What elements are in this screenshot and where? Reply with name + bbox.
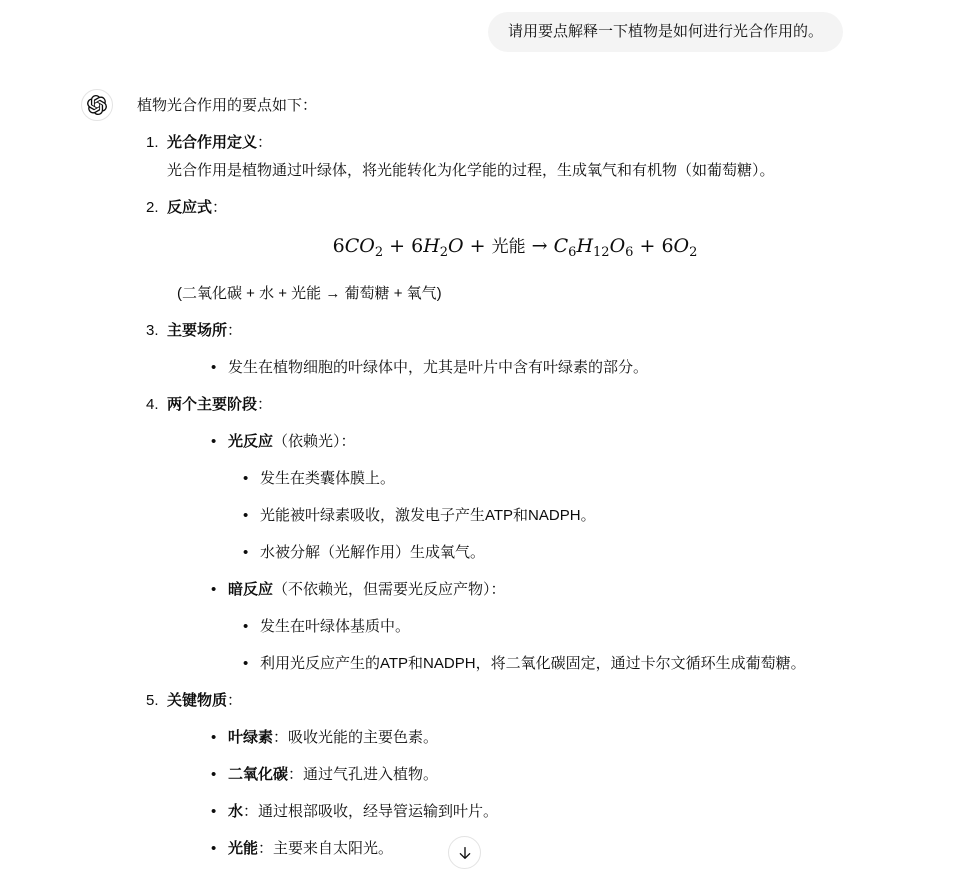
bullet-text: 光能：主要来自太阳光。 xyxy=(228,835,863,863)
list-item-stages: 4. 两个主要阶段： • 光反应（依赖光）： • 发生在类囊体膜上。 xyxy=(137,391,863,687)
bullet-dot: • xyxy=(211,835,228,863)
bullet-dot: • xyxy=(243,502,260,530)
list-item-key-substances: 5. 关键物质： • 叶绿素：吸收光能的主要色素。 • 二氧化碳：通过气孔进入植… xyxy=(137,687,863,872)
bullet-item: • 光反应（依赖光）： xyxy=(167,428,863,456)
list-item-number: 5. xyxy=(146,687,167,872)
heading-colon: ： xyxy=(227,692,242,709)
heading-colon: ： xyxy=(257,396,272,413)
sub-bullet-text: 利用光反应产生的ATP和NADPH，将二氧化碳固定，通过卡尔文循环生成葡萄糖。 xyxy=(260,650,863,678)
bullet-item: • 暗反应（不依赖光，但需要光反应产物）： xyxy=(167,576,863,604)
assistant-avatar xyxy=(81,89,113,121)
bullet-dot: • xyxy=(243,465,260,493)
sub-bullet-text: 发生在叶绿体基质中。 xyxy=(260,613,863,641)
nested-bullet-list: • 发生在类囊体膜上。 • 光能被叶绿素吸收，激发电子产生ATP和NADPH。 … xyxy=(167,465,863,567)
openai-logo-icon xyxy=(87,95,107,115)
bullet-rest: ：通过根部吸收，经导管运输到叶片。 xyxy=(243,803,498,820)
bullet-dot: • xyxy=(211,724,228,752)
bullet-dot: • xyxy=(211,428,228,456)
bullet-dot: • xyxy=(211,354,228,382)
definition-paragraph: 光合作用是植物通过叶绿体，将光能转化为化学能的过程，生成氧气和有机物（如葡萄糖）… xyxy=(167,157,863,185)
bullet-rest: 发生在植物细胞的叶绿体中，尤其是叶片中含有叶绿素的部分。 xyxy=(228,359,648,376)
sub-bullet-item: • 利用光反应产生的ATP和NADPH，将二氧化碳固定，通过卡尔文循环生成葡萄糖… xyxy=(167,650,863,678)
list-item-heading: 两个主要阶段： xyxy=(167,391,863,419)
list-item-heading: 主要场所： xyxy=(167,317,863,345)
list-item-body: 主要场所： • 发生在植物细胞的叶绿体中，尤其是叶片中含有叶绿素的部分。 xyxy=(167,317,863,391)
list-item-location: 3. 主要场所： • 发生在植物细胞的叶绿体中，尤其是叶片中含有叶绿素的部分。 xyxy=(137,317,863,391)
bullet-text: 二氧化碳：通过气孔进入植物。 xyxy=(228,761,863,789)
list-item-heading: 关键物质： xyxy=(167,687,863,715)
bullet-item: • 二氧化碳：通过气孔进入植物。 xyxy=(167,761,863,789)
user-message-text: 请用要点解释一下植物是如何进行光合作用的。 xyxy=(508,23,823,40)
dark-reaction-block: • 暗反应（不依赖光，但需要光反应产物）： • 发生在叶绿体基质中。 • 利用光… xyxy=(167,576,863,678)
heading-term: 反应式 xyxy=(167,199,212,216)
sub-bullet-item: • 发生在叶绿体基质中。 xyxy=(167,613,863,641)
bullet-text: 发生在植物细胞的叶绿体中，尤其是叶片中含有叶绿素的部分。 xyxy=(228,354,863,382)
bullet-item: • 光能：主要来自太阳光。 xyxy=(167,835,863,863)
assistant-message-row: 植物光合作用的要点如下： 1. 光合作用定义： 光合作用是植物通过叶绿体，将光能… xyxy=(81,89,863,872)
user-message-bubble: 请用要点解释一下植物是如何进行光合作用的。 xyxy=(488,12,843,52)
bullet-rest: ：吸收光能的主要色素。 xyxy=(273,729,438,746)
sub-bullet-text: 发生在类囊体膜上。 xyxy=(260,465,863,493)
heading-term: 光合作用定义 xyxy=(167,134,257,151)
list-item-heading: 反应式： xyxy=(167,194,863,222)
sub-bullet-item: • 发生在类囊体膜上。 xyxy=(167,465,863,493)
bullet-item: • 发生在植物细胞的叶绿体中，尤其是叶片中含有叶绿素的部分。 xyxy=(167,354,863,382)
list-item-definition: 1. 光合作用定义： 光合作用是植物通过叶绿体，将光能转化为化学能的过程，生成氧… xyxy=(137,129,863,194)
bullet-rest: ：通过气孔进入植物。 xyxy=(288,766,438,783)
heading-term: 主要场所 xyxy=(167,322,227,339)
bullet-item: • 水：通过根部吸收，经导管运输到叶片。 xyxy=(167,798,863,826)
assistant-message-content: 植物光合作用的要点如下： 1. 光合作用定义： 光合作用是植物通过叶绿体，将光能… xyxy=(137,89,863,872)
list-item-number: 1. xyxy=(146,129,167,194)
list-item-number: 3. xyxy=(146,317,167,391)
bullet-dot: • xyxy=(211,576,228,604)
chat-page: 请用要点解释一下植物是如何进行光合作用的。 植物光合作用的要点如下： 1. 光合… xyxy=(0,0,958,873)
bullet-dot: • xyxy=(243,539,260,567)
scroll-to-bottom-button[interactable] xyxy=(448,836,481,869)
bullet-dot: • xyxy=(243,650,260,678)
list-item-number: 2. xyxy=(146,194,167,317)
bullet-term: 光反应 xyxy=(228,433,273,450)
bullet-term: 暗反应 xyxy=(228,581,273,598)
heading-colon: ： xyxy=(227,322,242,339)
list-item-equation: 2. 反应式： 6CO2 + 6H2O + 光能 → C6H12O6 + 6O2… xyxy=(137,194,863,317)
heading-colon: ： xyxy=(257,134,272,151)
sub-bullet-item: • 光能被叶绿素吸收，激发电子产生ATP和NADPH。 xyxy=(167,502,863,530)
photosynthesis-equation: 6CO2 + 6H2O + 光能 → C6H12O6 + 6O2 xyxy=(167,231,863,268)
bullet-item: • 叶绿素：吸收光能的主要色素。 xyxy=(167,724,863,752)
bullet-dot: • xyxy=(211,761,228,789)
assistant-intro-text: 植物光合作用的要点如下： xyxy=(137,92,863,120)
user-message-row: 请用要点解释一下植物是如何进行光合作用的。 xyxy=(488,12,843,52)
heading-colon: ： xyxy=(212,199,227,216)
light-reaction-block: • 光反应（依赖光）： • 发生在类囊体膜上。 • 光能被叶绿素吸收，激发电子产… xyxy=(167,428,863,567)
bullet-term: 水 xyxy=(228,803,243,820)
sub-bullet-item: • 水被分解（光解作用）生成氧气。 xyxy=(167,539,863,567)
list-item-number: 4. xyxy=(146,391,167,687)
bullet-text: 叶绿素：吸收光能的主要色素。 xyxy=(228,724,863,752)
bullet-rest: （依赖光）： xyxy=(273,433,356,450)
bullet-dot: • xyxy=(211,798,228,826)
sub-bullet-text: 水被分解（光解作用）生成氧气。 xyxy=(260,539,863,567)
list-item-body: 两个主要阶段： • 光反应（依赖光）： • 发生在类囊体膜上。 xyxy=(167,391,863,687)
bullet-dot: • xyxy=(243,613,260,641)
list-item-body: 关键物质： • 叶绿素：吸收光能的主要色素。 • 二氧化碳：通过气孔进入植物。 … xyxy=(167,687,863,872)
bullet-text: 暗反应（不依赖光，但需要光反应产物）： xyxy=(228,576,863,604)
heading-term: 关键物质 xyxy=(167,692,227,709)
bullet-term: 光能 xyxy=(228,840,258,857)
list-item-body: 反应式： 6CO2 + 6H2O + 光能 → C6H12O6 + 6O2 (二… xyxy=(167,194,863,317)
arrow-down-icon xyxy=(457,845,473,861)
bullet-text: 水：通过根部吸收，经导管运输到叶片。 xyxy=(228,798,863,826)
bullet-rest: ：主要来自太阳光。 xyxy=(258,840,393,857)
nested-bullet-list: • 发生在叶绿体基质中。 • 利用光反应产生的ATP和NADPH，将二氧化碳固定… xyxy=(167,613,863,678)
list-item-heading: 光合作用定义： xyxy=(167,129,863,157)
bullet-term: 叶绿素 xyxy=(228,729,273,746)
bullet-term: 二氧化碳 xyxy=(228,766,288,783)
bullet-text: 光反应（依赖光）： xyxy=(228,428,863,456)
bullet-rest: （不依赖光，但需要光反应产物）： xyxy=(273,581,506,598)
sub-bullet-text: 光能被叶绿素吸收，激发电子产生ATP和NADPH。 xyxy=(260,502,863,530)
list-item-body: 光合作用定义： 光合作用是植物通过叶绿体，将光能转化为化学能的过程，生成氧气和有… xyxy=(167,129,863,194)
equation-caption: (二氧化碳 + 水 + 光能 → 葡萄糖 + 氧气) xyxy=(177,280,863,308)
heading-term: 两个主要阶段 xyxy=(167,396,257,413)
